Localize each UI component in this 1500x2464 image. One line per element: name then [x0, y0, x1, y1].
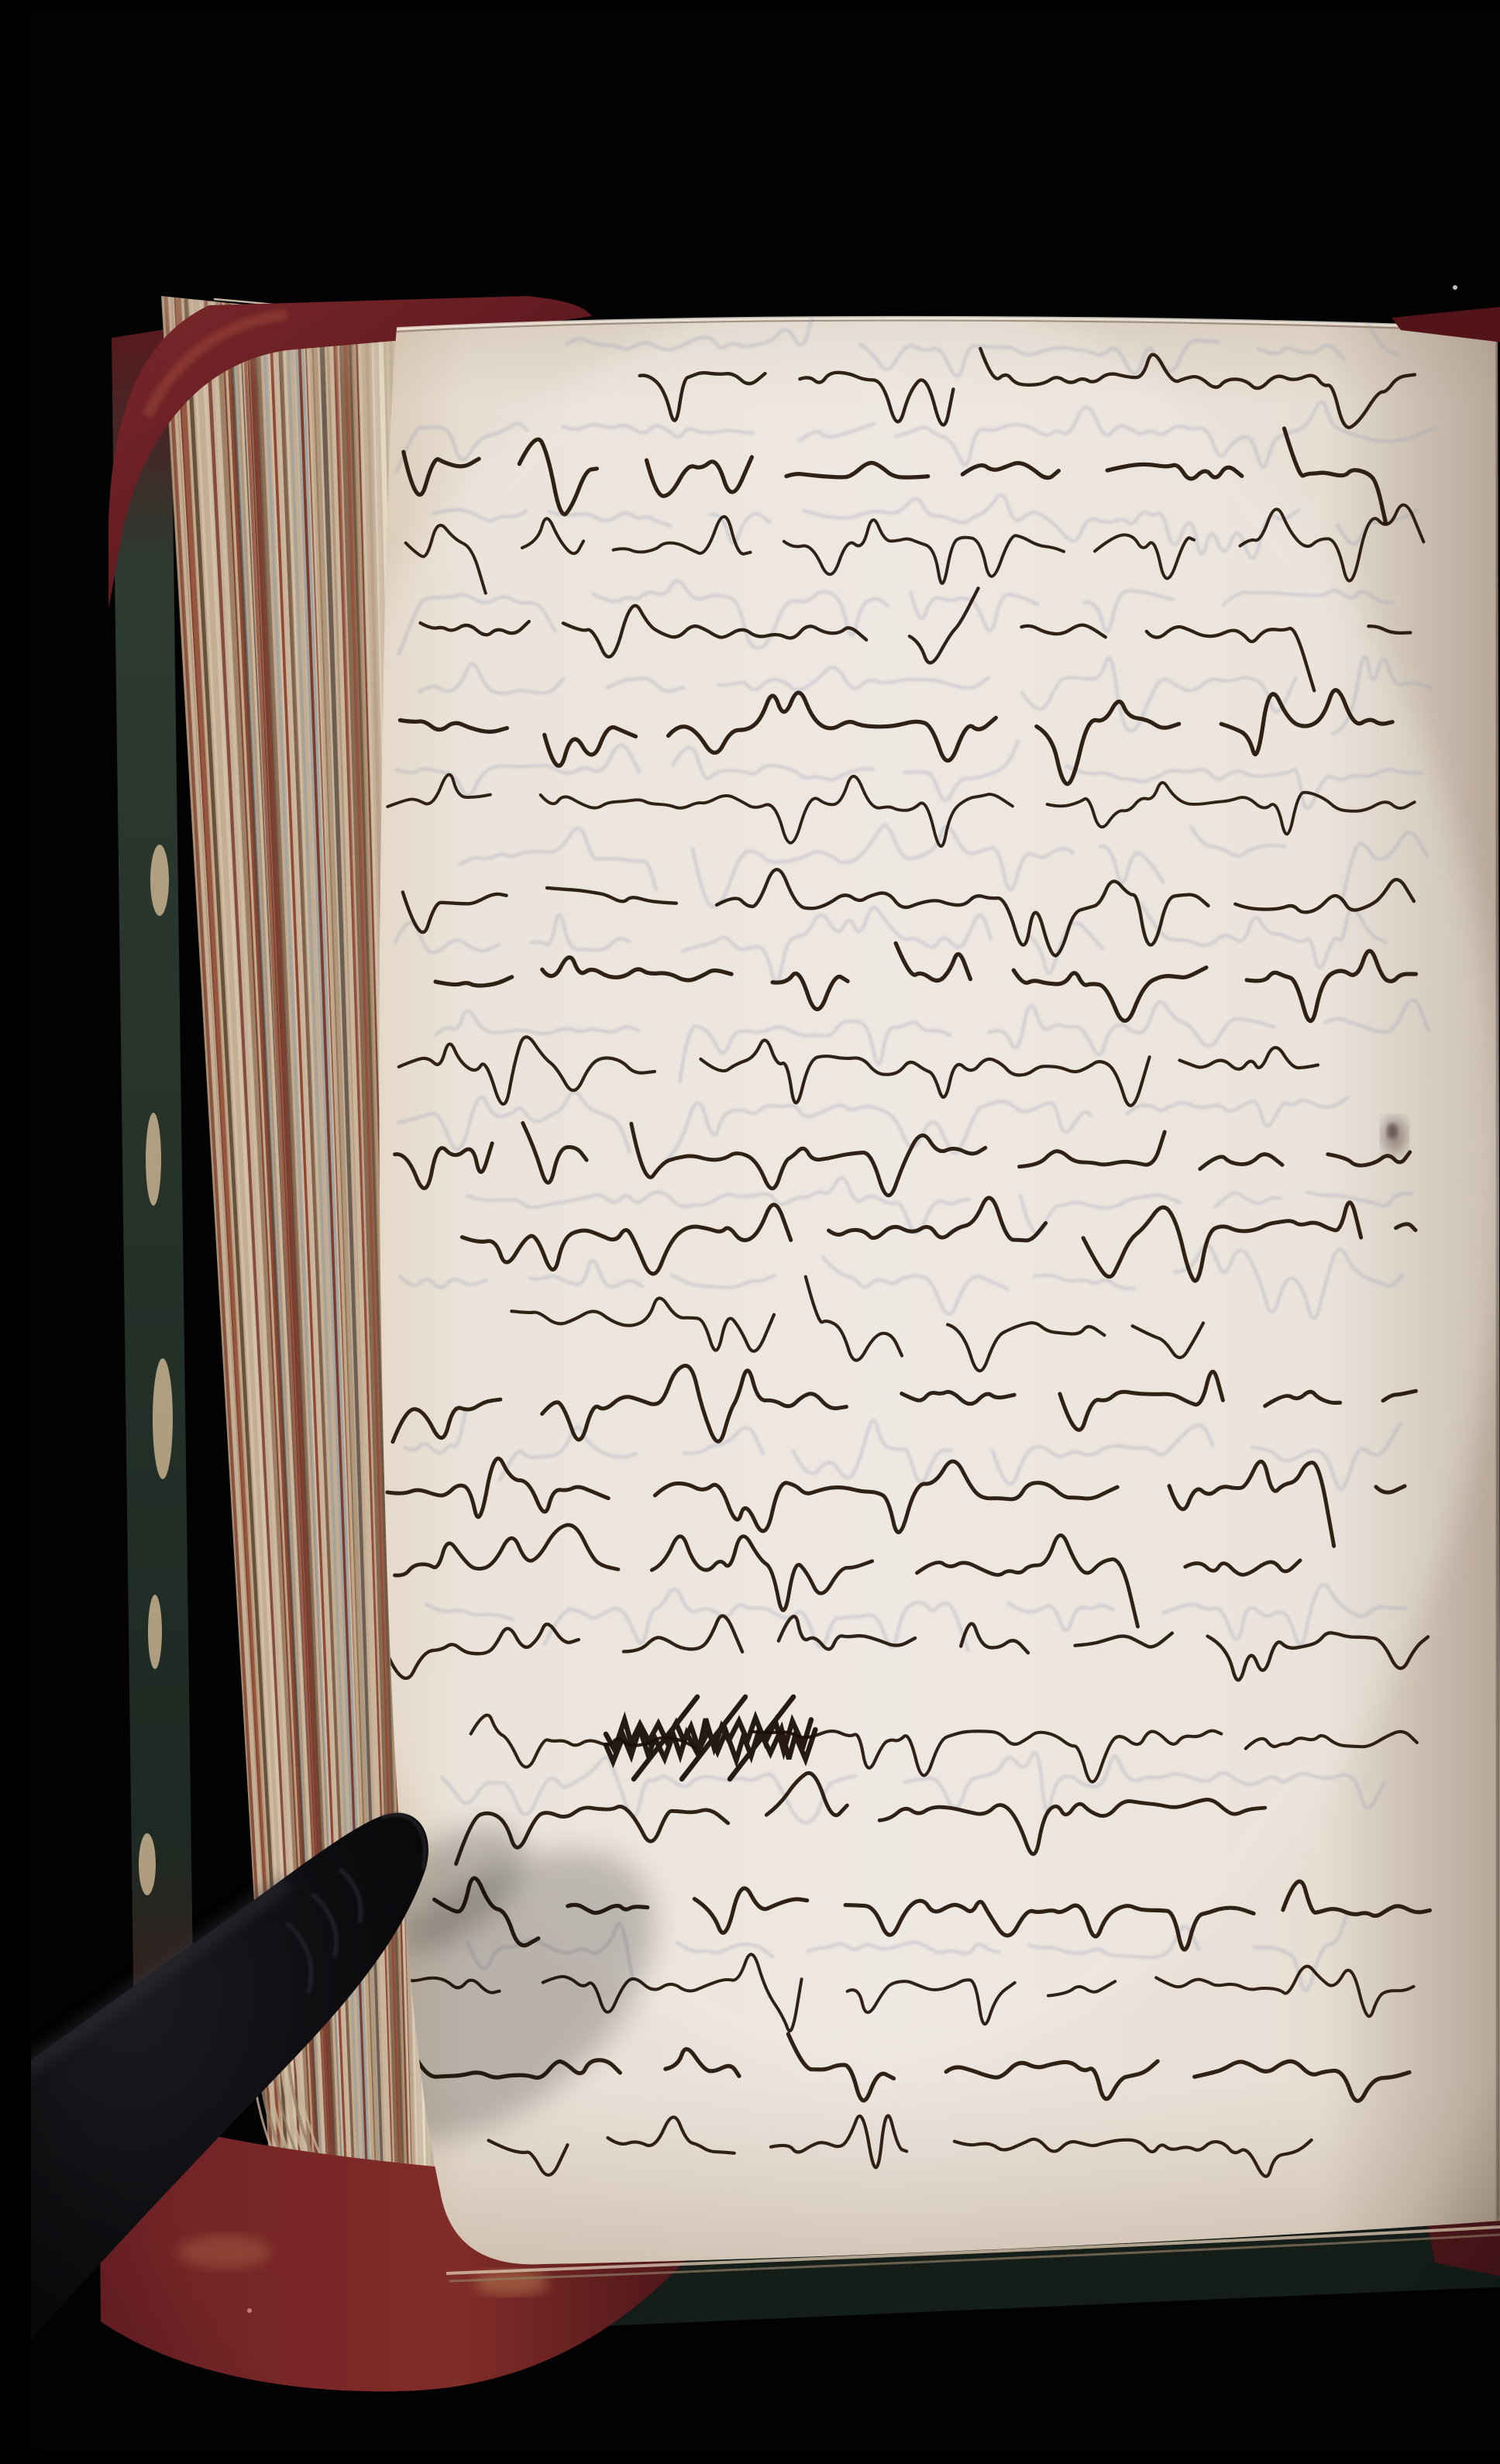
- book-photo-svg: [31, 12, 1500, 2452]
- photograph-open-manuscript-book: An antique diary lies open against a bla…: [31, 12, 1500, 2452]
- vignette-overlay: [31, 12, 1500, 2452]
